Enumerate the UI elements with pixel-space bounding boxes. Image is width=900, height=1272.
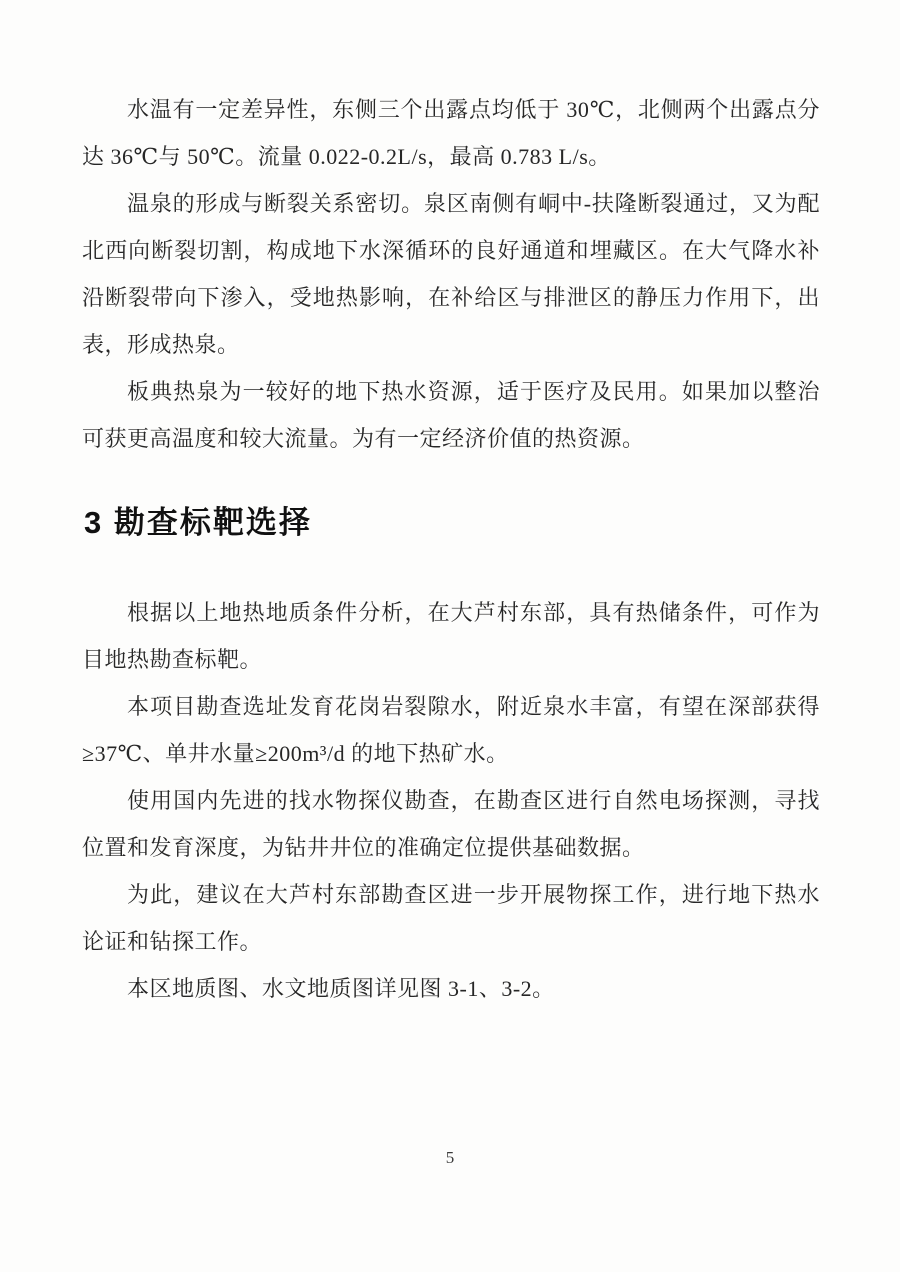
text-line: 本项目勘查选址发育花岗岩裂隙水，附近泉水丰富，有望在深部获得水温 bbox=[82, 683, 820, 730]
text-line: 温泉的形成与断裂关系密切。泉区南侧有峒中-扶隆断裂通过，又为配套的 bbox=[82, 180, 820, 227]
text-line: ≥37℃、单井水量≥200m³/d 的地下热矿水。 bbox=[82, 730, 820, 777]
text-line: 可获更高温度和较大流量。为有一定经济价值的热资源。 bbox=[82, 415, 820, 462]
paragraph: 根据以上地热地质条件分析，在大芦村东部，具有热储条件，可作为本项 目地热勘查标靶… bbox=[82, 589, 820, 683]
paragraph: 本区地质图、水文地质图详见图 3-1、3-2。 bbox=[82, 965, 820, 1012]
text-line: 本区地质图、水文地质图详见图 3-1、3-2。 bbox=[82, 965, 820, 1012]
text-line: 板典热泉为一较好的地下热水资源，适于医疗及民用。如果加以整治开发， bbox=[82, 368, 820, 415]
paragraph: 为此，建议在大芦村东部勘查区进一步开展物探工作，进行地下热水勘查 论证和钻探工作… bbox=[82, 871, 820, 965]
paragraph: 板典热泉为一较好的地下热水资源，适于医疗及民用。如果加以整治开发， 可获更高温度… bbox=[82, 368, 820, 462]
document-content: 水温有一定差异性，东侧三个出露点均低于 30℃，北侧两个出露点分别高 达 36℃… bbox=[82, 86, 820, 1012]
text-line: 水温有一定差异性，东侧三个出露点均低于 30℃，北侧两个出露点分别高 bbox=[82, 86, 820, 133]
page-number: 5 bbox=[0, 1148, 900, 1168]
text-line: 论证和钻探工作。 bbox=[82, 918, 820, 965]
text-line: 目地热勘查标靶。 bbox=[82, 636, 820, 683]
text-line: 表，形成热泉。 bbox=[82, 321, 820, 368]
text-line: 北西向断裂切割，构成地下水深循环的良好通道和埋藏区。在大气降水补给下， bbox=[82, 227, 820, 274]
paragraph: 温泉的形成与断裂关系密切。泉区南侧有峒中-扶隆断裂通过，又为配套的 北西向断裂切… bbox=[82, 180, 820, 368]
paragraph: 使用国内先进的找水物探仪勘查，在勘查区进行自然电场探测，寻找断裂 位置和发育深度… bbox=[82, 777, 820, 871]
paragraph: 水温有一定差异性，东侧三个出露点均低于 30℃，北侧两个出露点分别高 达 36℃… bbox=[82, 86, 820, 180]
text-line: 为此，建议在大芦村东部勘查区进一步开展物探工作，进行地下热水勘查 bbox=[82, 871, 820, 918]
text-line: 位置和发育深度，为钻井井位的准确定位提供基础数据。 bbox=[82, 824, 820, 871]
text-line: 使用国内先进的找水物探仪勘查，在勘查区进行自然电场探测，寻找断裂 bbox=[82, 777, 820, 824]
section-heading: 3 勘查标靶选择 bbox=[84, 502, 820, 544]
text-line: 达 36℃与 50℃。流量 0.022-0.2L/s，最高 0.783 L/s。 bbox=[82, 133, 820, 180]
text-line: 根据以上地热地质条件分析，在大芦村东部，具有热储条件，可作为本项 bbox=[82, 589, 820, 636]
document-page: 水温有一定差异性，东侧三个出露点均低于 30℃，北侧两个出露点分别高 达 36℃… bbox=[0, 0, 900, 1272]
text-line: 沿断裂带向下渗入，受地热影响，在补给区与排泄区的静压力作用下，出露地 bbox=[82, 274, 820, 321]
paragraph: 本项目勘查选址发育花岗岩裂隙水，附近泉水丰富，有望在深部获得水温 ≥37℃、单井… bbox=[82, 683, 820, 777]
